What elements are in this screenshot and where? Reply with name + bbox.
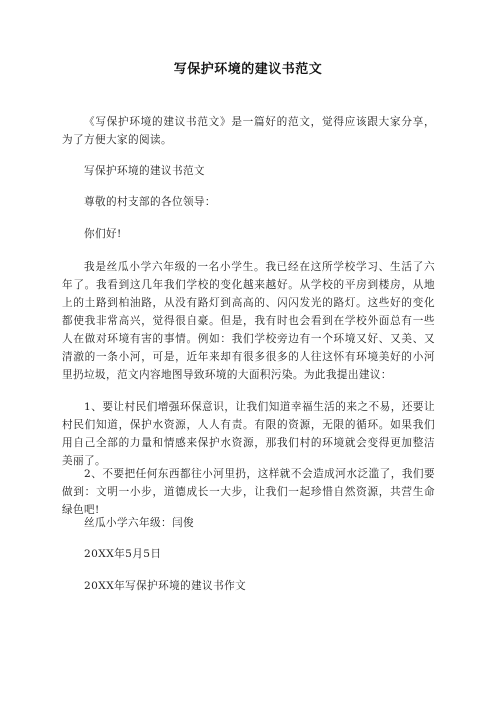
signature: 丝瓜小学六年级：闫俊: [84, 514, 194, 532]
document-title: 写保护环境的建议书范文: [0, 61, 496, 79]
intro-paragraph: 《写保护环境的建议书范文》是一篇好的范文，觉得应该跟大家分享，为了方便大家的阅读…: [62, 113, 435, 149]
subtitle: 写保护环境的建议书范文: [84, 162, 205, 180]
date: 20XX年5月5日: [84, 545, 161, 563]
salutation: 尊敬的村支部的各位领导：: [84, 193, 216, 211]
suggestion-2-paragraph: 2、不要把任何东西都往小河里扔，这样就不会造成河水泛滥了，我们要做到：文明一小步…: [62, 465, 435, 519]
next-heading: 20XX年写保护环境的建议书作文: [84, 577, 246, 595]
greeting: 你们好!: [84, 225, 122, 243]
body-paragraph: 我是丝瓜小学六年级的一名小学生。我已经在这所学校学习、生活了六年了。我看到这几年…: [62, 258, 435, 384]
document-page: 写保护环境的建议书范文 《写保护环境的建议书范文》是一篇好的范文，觉得应该跟大家…: [0, 0, 496, 702]
suggestion-1-paragraph: 1、要让村民们增强环保意识，让我们知道幸福生活的来之不易，还要让村民们知道，保护…: [62, 398, 435, 470]
